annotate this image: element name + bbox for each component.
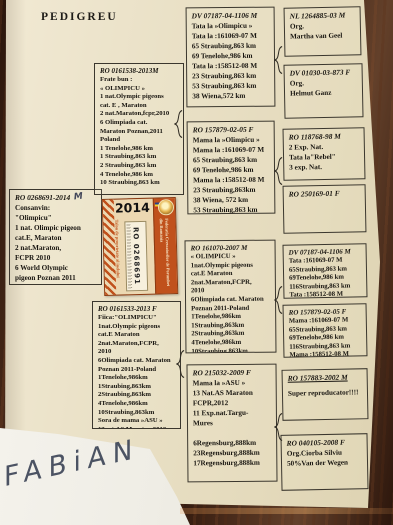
pedigree-line: Tata la :158512-08 M — [192, 61, 270, 72]
pedigree-details: Fiica:"OLIMPICU"1nat.Olympic pigeonscat.… — [98, 314, 176, 429]
pedigree-line: 65 Straubing,863 km — [193, 155, 270, 166]
pedigree-line: Super reproducator!!!! — [288, 387, 363, 398]
pedigree-line: FCPR,2012 — [193, 398, 272, 409]
pedigree-line: 6Regensburg,888km — [193, 438, 272, 449]
pedigree-line: 6Olimpiada cat. Maraton — [191, 296, 271, 305]
pedigree-line: Poland — [100, 136, 179, 145]
pedigree-line: Frate bun : — [100, 76, 179, 85]
pedigree-box-gen4-8: RO 040105-2008 F Org.Ciorba Silviu50%Van… — [280, 433, 368, 491]
pedigree-details: Consanvin:"Olimpicu"1 nat. Olimpic pigeo… — [15, 203, 97, 285]
pedigree-line: FCPR 2010 — [15, 253, 97, 263]
stamp-barcode: RO 0268691 — [124, 221, 148, 292]
pedigree-box-gen4-2: DV 01030-03-873 F Org.Helmut Ganz — [283, 63, 363, 119]
pedigree-line — [193, 428, 272, 439]
pedigree-line: 2nat.Maraton,FCPR, — [98, 340, 176, 349]
pedigree-line: 2Straubing,863km — [98, 391, 176, 400]
brace-connector-icon — [176, 348, 185, 380]
pedigree-line: Tata :158512-08 M — [289, 291, 362, 299]
pedigree-box-gen4-7: RO 157883-2002 M Super reproducator!!!! — [282, 368, 369, 421]
page-title: PEDIGREU — [41, 11, 118, 23]
ring-number-header: RO 0161538-2013M — [100, 67, 179, 76]
stamp-body: 2014 Talon de proprietate al inelului RO… — [114, 199, 155, 295]
pedigree-details: Org.Ciorba Silviu50%Van der Wegen — [287, 447, 363, 468]
pen-sex-mark: M — [74, 192, 84, 203]
pedigree-line: Sora de mama »ASU » — [98, 417, 176, 426]
pedigree-line: Fiica:"OLIMPICU" — [98, 314, 176, 323]
pedigree-line: 23Regensburg,888km — [193, 448, 272, 459]
pedigree-line: 1 nat.Olympic pigeons — [100, 93, 179, 102]
pedigree-details: Tata :161069-07 M65Straubing,863 km69Ten… — [289, 256, 363, 299]
pedigree-line: 2 Straubing,863 km — [100, 162, 179, 171]
pedigree-box-gen4-4: RO 250169-01 F — [283, 184, 367, 234]
pedigree-details: Org.Helmut Ganz — [290, 77, 358, 98]
pedigree-line: 1 Tenelohe,986 km — [100, 145, 179, 154]
pedigree-details: Tata la »Olimpicu »Tata la :161069-07 M6… — [192, 21, 271, 102]
pedigree-line: 23 Straubing,863 km — [192, 71, 270, 82]
brace-connector-icon — [274, 155, 283, 187]
ring-number-header: DV 07187-04-1106 M — [192, 11, 270, 22]
federation-logo-icon — [158, 199, 174, 215]
pedigree-line: 23 Straubing,863km — [193, 185, 270, 196]
pedigree-line: Mures — [193, 418, 272, 429]
pedigree-line: Mama :158512-08 M — [289, 351, 362, 358]
pedigree-details: Mama :161069-07 M65Straubing,863 km69Ten… — [289, 316, 363, 358]
brace-connector-icon — [274, 411, 283, 443]
pedigree-line: Mama la :158512-08 M — [193, 175, 270, 186]
pedigree-details: 2 Exp. Nat.Tata la"Rebel"3 exp. Nat. — [289, 141, 361, 172]
pedigree-line: 38 Wiena,572 km — [192, 91, 270, 102]
ring-number-header: RO 0268691-2014M — [15, 193, 97, 203]
pedigree-line: 65 Straubing,863 km — [192, 41, 270, 52]
pedigree-line: 6 World Olympic — [15, 263, 97, 273]
pedigree-line: "Olimpicu" — [15, 213, 97, 223]
pedigree-line: 2 nat.Maraton, — [15, 243, 97, 253]
pedigree-line: 53 Straubing,863 km — [192, 81, 270, 92]
brace-connector-icon — [174, 108, 183, 140]
pedigree-box-gen4-5: DV 07187-04-1106 M Tata :161069-07 M65St… — [282, 243, 367, 299]
pedigree-line: Helmut Ganz — [290, 87, 358, 98]
pedigree-line: 50%Van der Wegen — [287, 457, 363, 468]
pedigree-line: Mama la »ASU » — [193, 378, 272, 389]
pedigree-details: Org.Martha van Geel — [290, 20, 356, 41]
pedigree-line: 13 Nat.AS Maraton — [193, 388, 272, 399]
pedigree-line: pigeon Poznan 2011 — [15, 273, 97, 283]
pedigree-line: 17Regensburg,888km — [193, 458, 272, 469]
pedigree-line: 1nat.Olympic pigeons — [98, 323, 176, 332]
pedigree-line: 69 Tenelohe,986 km — [192, 51, 270, 62]
pedigree-line: 4Tenelohe,986km — [98, 400, 176, 409]
stamp-federation-strip: Federatia Crescatorilor de Porumbei din … — [153, 198, 177, 294]
pedigree-line: 6 Olimpiada cat. — [100, 119, 179, 128]
pedigree-line: Poznan 2011-Poland — [98, 366, 176, 375]
ring-ownership-stamp: 2014 Talon de proprietate al inelului RO… — [102, 197, 179, 296]
pedigree-line: 6Olimpiada cat. Maraton — [98, 357, 176, 366]
stamp-ring-number: RO 0268691 — [131, 227, 141, 285]
pedigree-box-maternal-grandsire: RO 161070-2007 M « OLIMPICU »1nat.Olympi… — [185, 240, 277, 354]
pedigree-box-gen4-6: RO 157879-02-05 F Mama :161069-07 M65Str… — [282, 303, 367, 358]
pedigree-line: 1Straubing,863km — [98, 383, 176, 392]
pedigree-line: 4 Tenelohe,986 km — [100, 171, 179, 180]
ring-number-header: RO 215032-2009 F — [193, 368, 272, 379]
pedigree-line: Tata la :161069-07 M — [192, 31, 270, 42]
pedigree-line: 1Tenelohe,986km — [98, 374, 176, 383]
wood-table-background: PEDIGREU RO 0268691-2014M Consanvin:"Oli… — [0, 0, 393, 525]
brace-connector-icon — [274, 44, 283, 76]
pedigree-line: 2 nat.Maraton,fcpr,2010 — [100, 110, 179, 119]
brace-connector-icon — [274, 284, 283, 316]
pedigree-line: 1 nat. Olimpic pigeon — [15, 223, 97, 233]
pedigree-line: 10 Straubing,863 km — [100, 179, 179, 188]
pedigree-line: 53 Straubing,863 km — [193, 205, 270, 215]
stamp-label: Talon de proprietate al inelului — [114, 220, 121, 294]
pedigree-line: Mama la »Olimpicu » — [193, 135, 270, 146]
pedigree-details: Mama la »Olimpicu »Mama la :161069-07 M6… — [193, 135, 271, 215]
pedigree-box-subject: RO 0268691-2014M Consanvin:"Olimpicu"1 n… — [9, 189, 102, 285]
pedigree-line: « OLIMPICU » — [100, 85, 179, 94]
pedigree-line: 10Straubing,863km — [98, 409, 176, 418]
pedigree-details: Super reproducator!!!! — [288, 387, 363, 398]
pedigree-box-paternal-granddam: RO 157879-02-05 F Mama la »Olimpicu »Mam… — [187, 121, 276, 215]
pedigree-line: Poland — [15, 283, 97, 285]
ring-number-header: RO 250169-01 F — [289, 188, 361, 199]
pedigree-line: 3 exp. Nat. — [289, 161, 360, 172]
pedigree-box-maternal-granddam: RO 215032-2009 F Mama la »ASU »13 Nat.AS… — [186, 364, 277, 483]
pedigree-box-gen4-3: RO 118768-98 M 2 Exp. Nat.Tata la"Rebel"… — [283, 127, 366, 181]
pedigree-line: 10Straubing,863km — [191, 347, 271, 353]
pedigree-line: 1 Straubing,863 km — [100, 153, 179, 162]
ring-number-header: RO 0161533-2013 F — [98, 305, 176, 314]
federation-name: Federatia Crescatorilor de Porumbei din … — [158, 218, 171, 292]
pedigree-line: 11 Exp.nat.Targu- — [193, 408, 272, 419]
ring-number-header: RO 157879-02-05 F — [193, 125, 270, 136]
ring-number-header: RO 157883-2002 M — [288, 372, 363, 383]
pedigree-line: Martha van Geel — [290, 30, 356, 41]
pedigree-line: Maraton Poznan,2011 — [100, 128, 179, 137]
pedigree-line: 69 Tenelohe,986 km — [193, 165, 270, 176]
pedigree-line: 38 Wiena, 572 km — [193, 195, 270, 206]
pedigree-line: Consanvin: — [15, 203, 97, 213]
ring-number-header: DV 01030-03-873 F — [290, 67, 358, 78]
pedigree-box-dam: RO 0161533-2013 F Fiica:"OLIMPICU"1nat.O… — [92, 301, 181, 429]
pedigree-line: Mama la :161069-07 M — [193, 145, 270, 156]
pedigree-details: « OLIMPICU »1nat.Olympic pigeonscat.E Ma… — [191, 253, 272, 354]
pedigree-box-sire: RO 0161538-2013M Frate bun :« OLIMPICU »… — [94, 63, 184, 195]
pedigree-details: Frate bun :« OLIMPICU »1 nat.Olympic pig… — [100, 76, 179, 188]
pedigree-box-gen4-1: NL 1264885-03 M Org.Martha van Geel — [284, 6, 362, 56]
pedigree-line: cat.E, Maraton — [15, 233, 97, 243]
pedigree-line: 2010 — [98, 348, 176, 357]
pedigree-details: Mama la »ASU »13 Nat.AS MaratonFCPR,2012… — [193, 378, 273, 469]
stamp-year: 2014 — [115, 200, 150, 216]
pedigree-line: cat. E , Maraton — [100, 102, 179, 111]
pedigree-line: cat.E Maraton — [98, 331, 176, 340]
pedigree-line: Tata la »Olimpicu » — [192, 21, 270, 32]
pedigree-box-paternal-grandsire: DV 07187-04-1106 M Tata la »Olimpicu »Ta… — [186, 7, 276, 108]
